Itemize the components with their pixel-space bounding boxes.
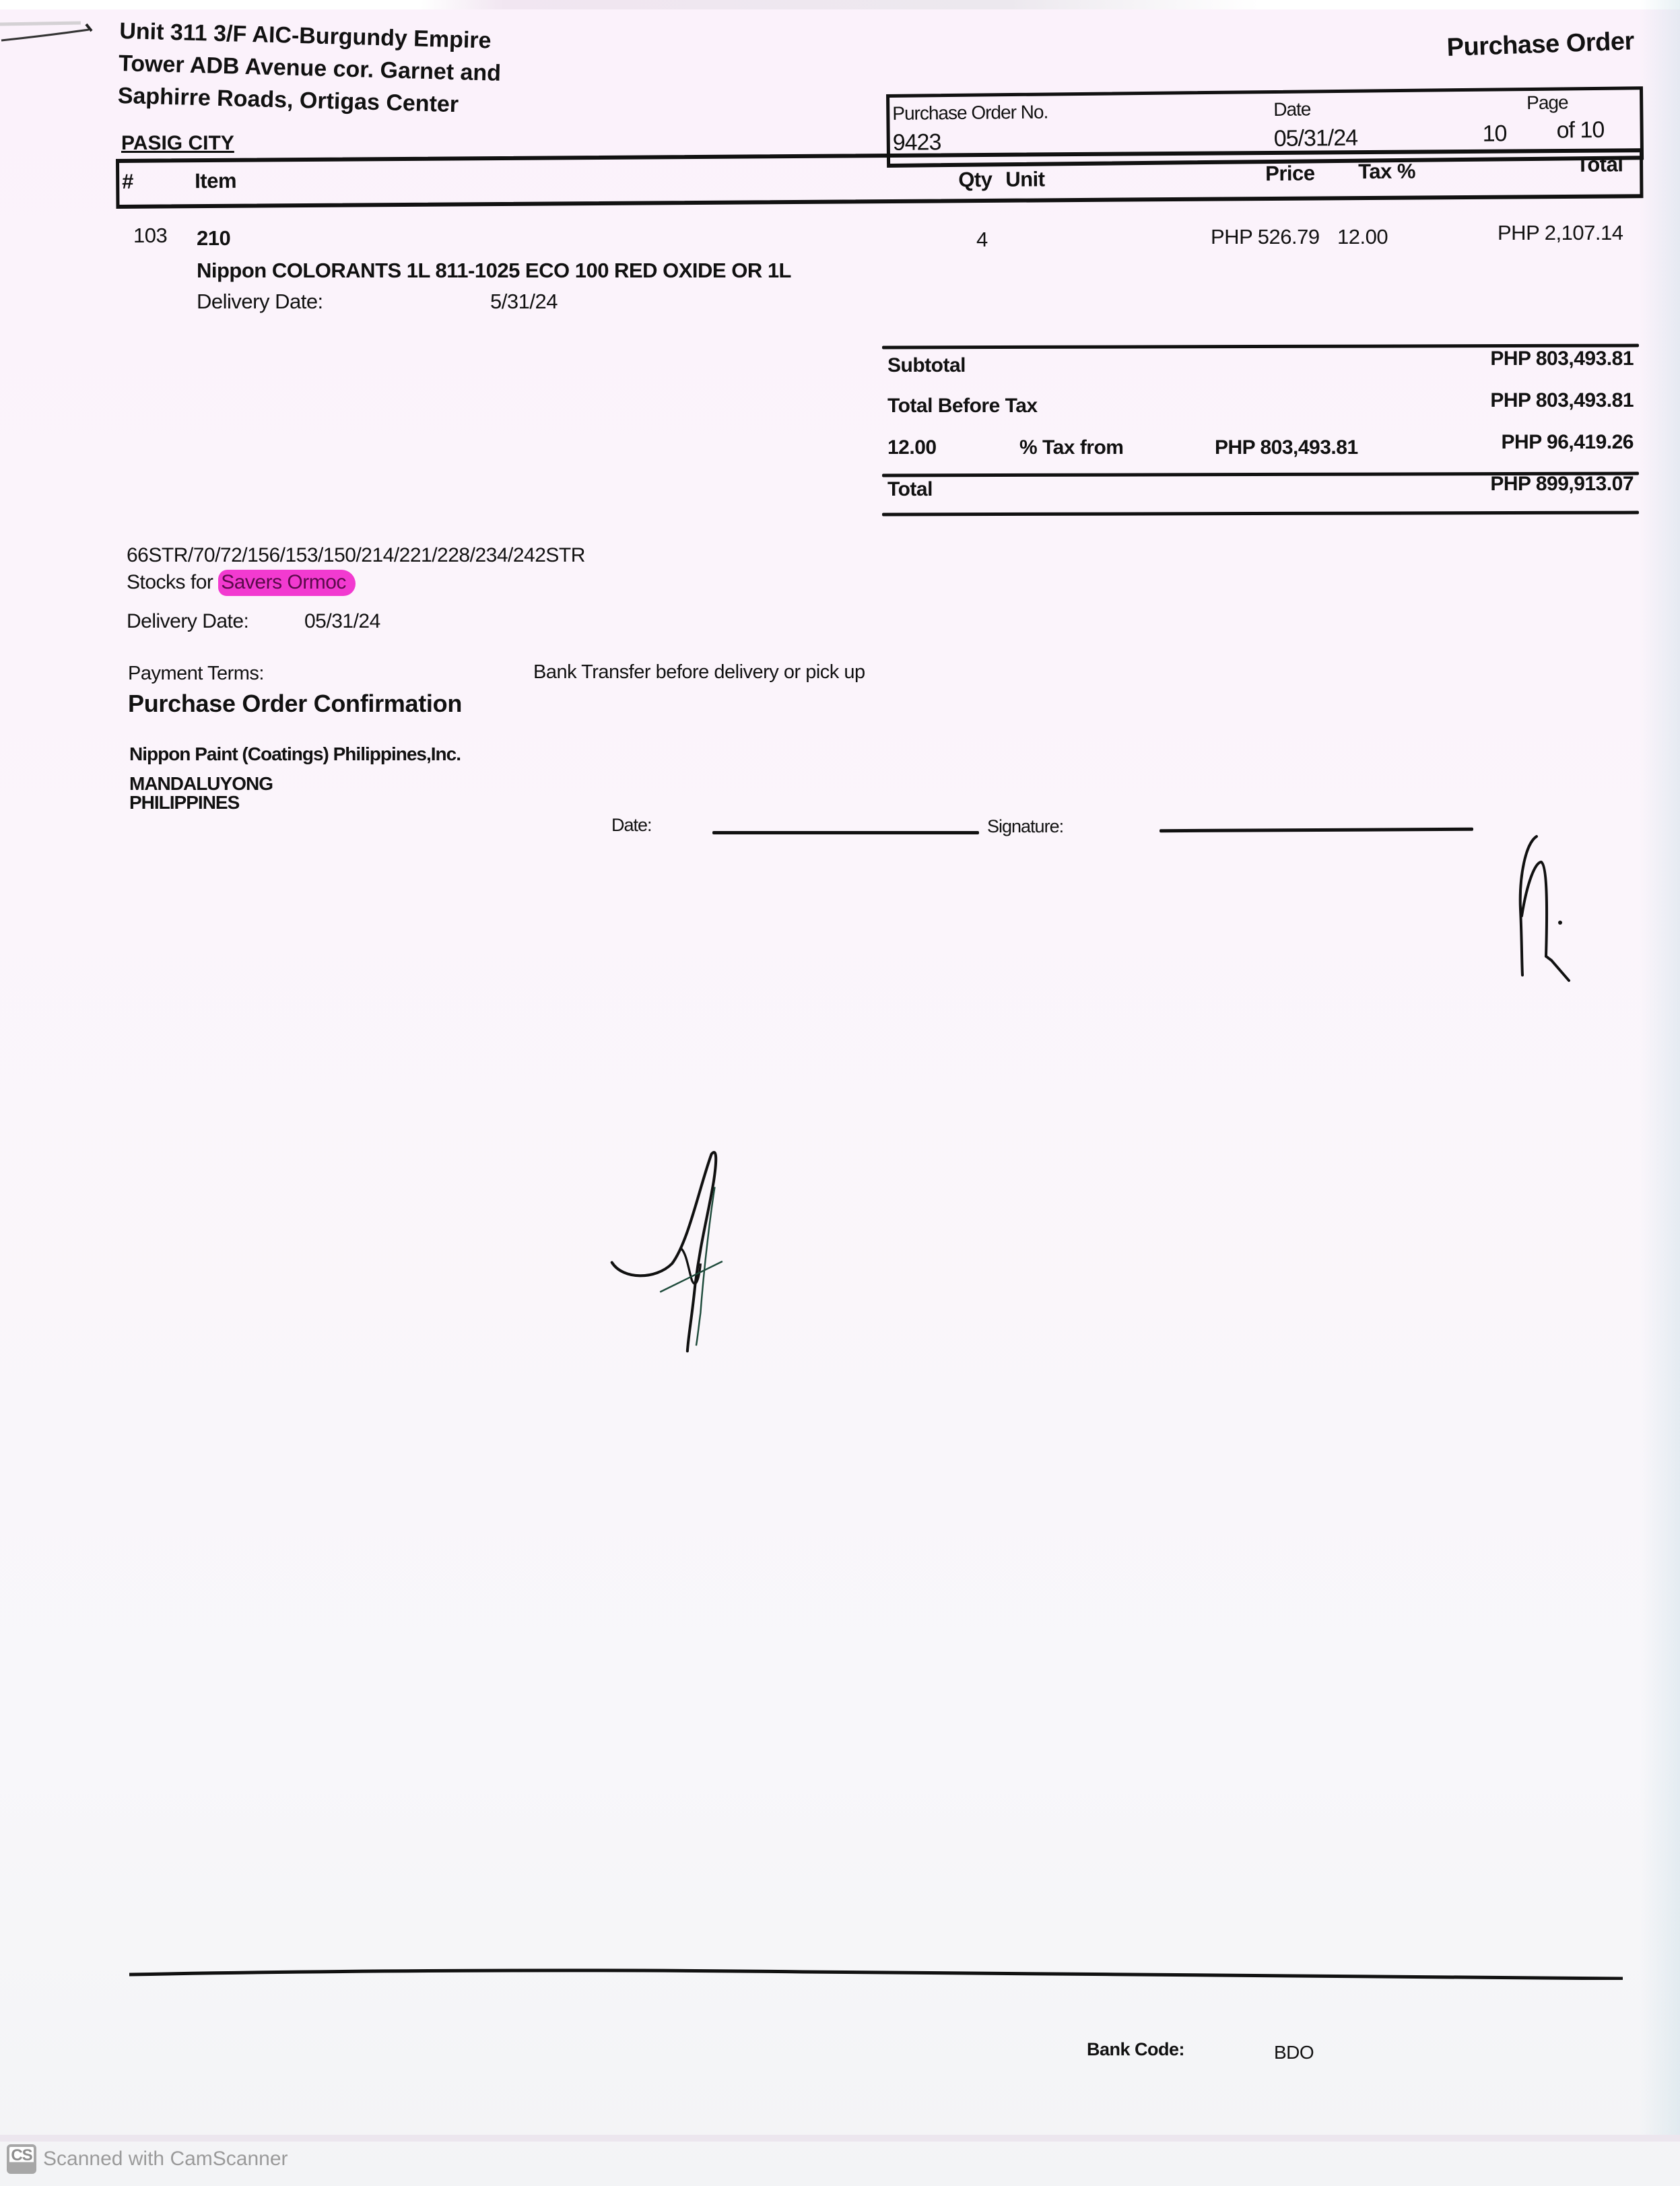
item-tax: 12.00: [1337, 225, 1388, 249]
table-header: # Item Qty Unit Price Tax % Total: [116, 148, 1643, 209]
scan-bottom-edge: [0, 2135, 1680, 2142]
vendor-address: MANDALUYONG PHILIPPINES: [129, 774, 273, 812]
tax-base: PHP 803,493.81: [1215, 436, 1358, 459]
remarks-delivery-date: 05/31/24: [304, 610, 380, 633]
subtotal-label: Subtotal: [887, 354, 966, 377]
item-code: 210: [197, 226, 230, 251]
item-price: PHP 526.79: [1211, 225, 1320, 249]
row-number: 103: [133, 224, 167, 248]
tax-from-label: % Tax from: [1019, 436, 1123, 459]
before-tax-value: PHP 803,493.81: [1364, 389, 1634, 412]
bank-code-value: BDO: [1274, 2042, 1314, 2063]
before-tax-label: Total Before Tax: [887, 395, 1038, 418]
item-delivery-label: Delivery Date:: [197, 290, 323, 314]
item-description: Nippon COLORANTS 1L 811-1025 ECO 100 RED…: [197, 259, 791, 283]
document-title: Purchase Order: [1446, 27, 1634, 63]
col-tax: Tax %: [1358, 160, 1415, 185]
date-label: Date: [1273, 98, 1310, 121]
confirmation-title: Purchase Order Confirmation: [128, 690, 462, 718]
page-total: of 10: [1556, 117, 1604, 144]
camscanner-watermark: CS Scanned with CamScanner: [7, 2144, 288, 2174]
col-price: Price: [1265, 162, 1315, 187]
company-city: PASIG CITY: [121, 132, 234, 155]
subtotal-value: PHP 803,493.81: [1364, 347, 1634, 370]
item-total: PHP 2,107.14: [1498, 221, 1623, 245]
handwritten-signature: [579, 1118, 754, 1387]
scan-top-edge: [0, 0, 1680, 9]
total-label: Total: [887, 478, 933, 501]
grand-total: PHP 899,913.07: [1364, 473, 1634, 496]
remarks-stocks: Stocks for Savers Ormoc: [127, 571, 356, 594]
vendor-country: PHILIPPINES: [129, 793, 273, 812]
remarks-delivery-label: Delivery Date:: [127, 610, 248, 633]
col-item: Item: [195, 169, 236, 193]
footer-rule: [129, 1966, 1623, 1980]
signoff-date-line[interactable]: [712, 831, 979, 834]
vendor-name: Nippon Paint (Coatings) Philippines,Inc.: [129, 743, 461, 765]
remarks-reference: 66STR/70/72/156/153/150/214/221/228/234/…: [127, 544, 585, 567]
signoff-signature-label: Signature:: [987, 816, 1063, 837]
tax-rate: 12.00: [887, 436, 937, 459]
bank-code-label: Bank Code:: [1087, 2039, 1184, 2060]
po-number-label: Purchase Order No.: [892, 101, 1048, 124]
col-num: #: [122, 170, 133, 194]
page-current: 10: [1482, 121, 1506, 147]
col-qty: Qty: [958, 168, 992, 192]
camscanner-text: Scanned with CamScanner: [43, 2148, 288, 2171]
pen-stroke-mark: [0, 13, 101, 47]
scan-right-shadow: [1640, 0, 1680, 2142]
col-unit: Unit: [1005, 167, 1045, 191]
totals-bottom-rule: [882, 511, 1639, 517]
signoff-date-label: Date:: [611, 815, 652, 836]
camscanner-logo-icon: CS: [7, 2144, 36, 2174]
signoff-signature-line[interactable]: [1160, 828, 1473, 832]
payment-terms-label: Payment Terms:: [128, 663, 264, 685]
highlighted-branch: Savers Ormoc: [218, 570, 356, 596]
vendor-city: MANDALUYONG: [129, 774, 273, 793]
po-number: 9423: [893, 129, 941, 156]
payment-terms-value: Bank Transfer before delivery or pick up: [533, 661, 865, 684]
tax-amount: PHP 96,419.26: [1364, 431, 1634, 454]
po-date: 05/31/24: [1274, 125, 1358, 152]
handwritten-initial-signature: [1495, 828, 1616, 990]
stocks-prefix: Stocks for: [127, 571, 218, 593]
page-label: Page: [1526, 92, 1568, 114]
item-qty: 4: [976, 228, 988, 252]
col-total: Total: [1576, 152, 1623, 176]
company-address: Unit 311 3/F AIC-Burgundy Empire Tower A…: [117, 15, 502, 122]
item-delivery-date: 5/31/24: [490, 290, 558, 314]
